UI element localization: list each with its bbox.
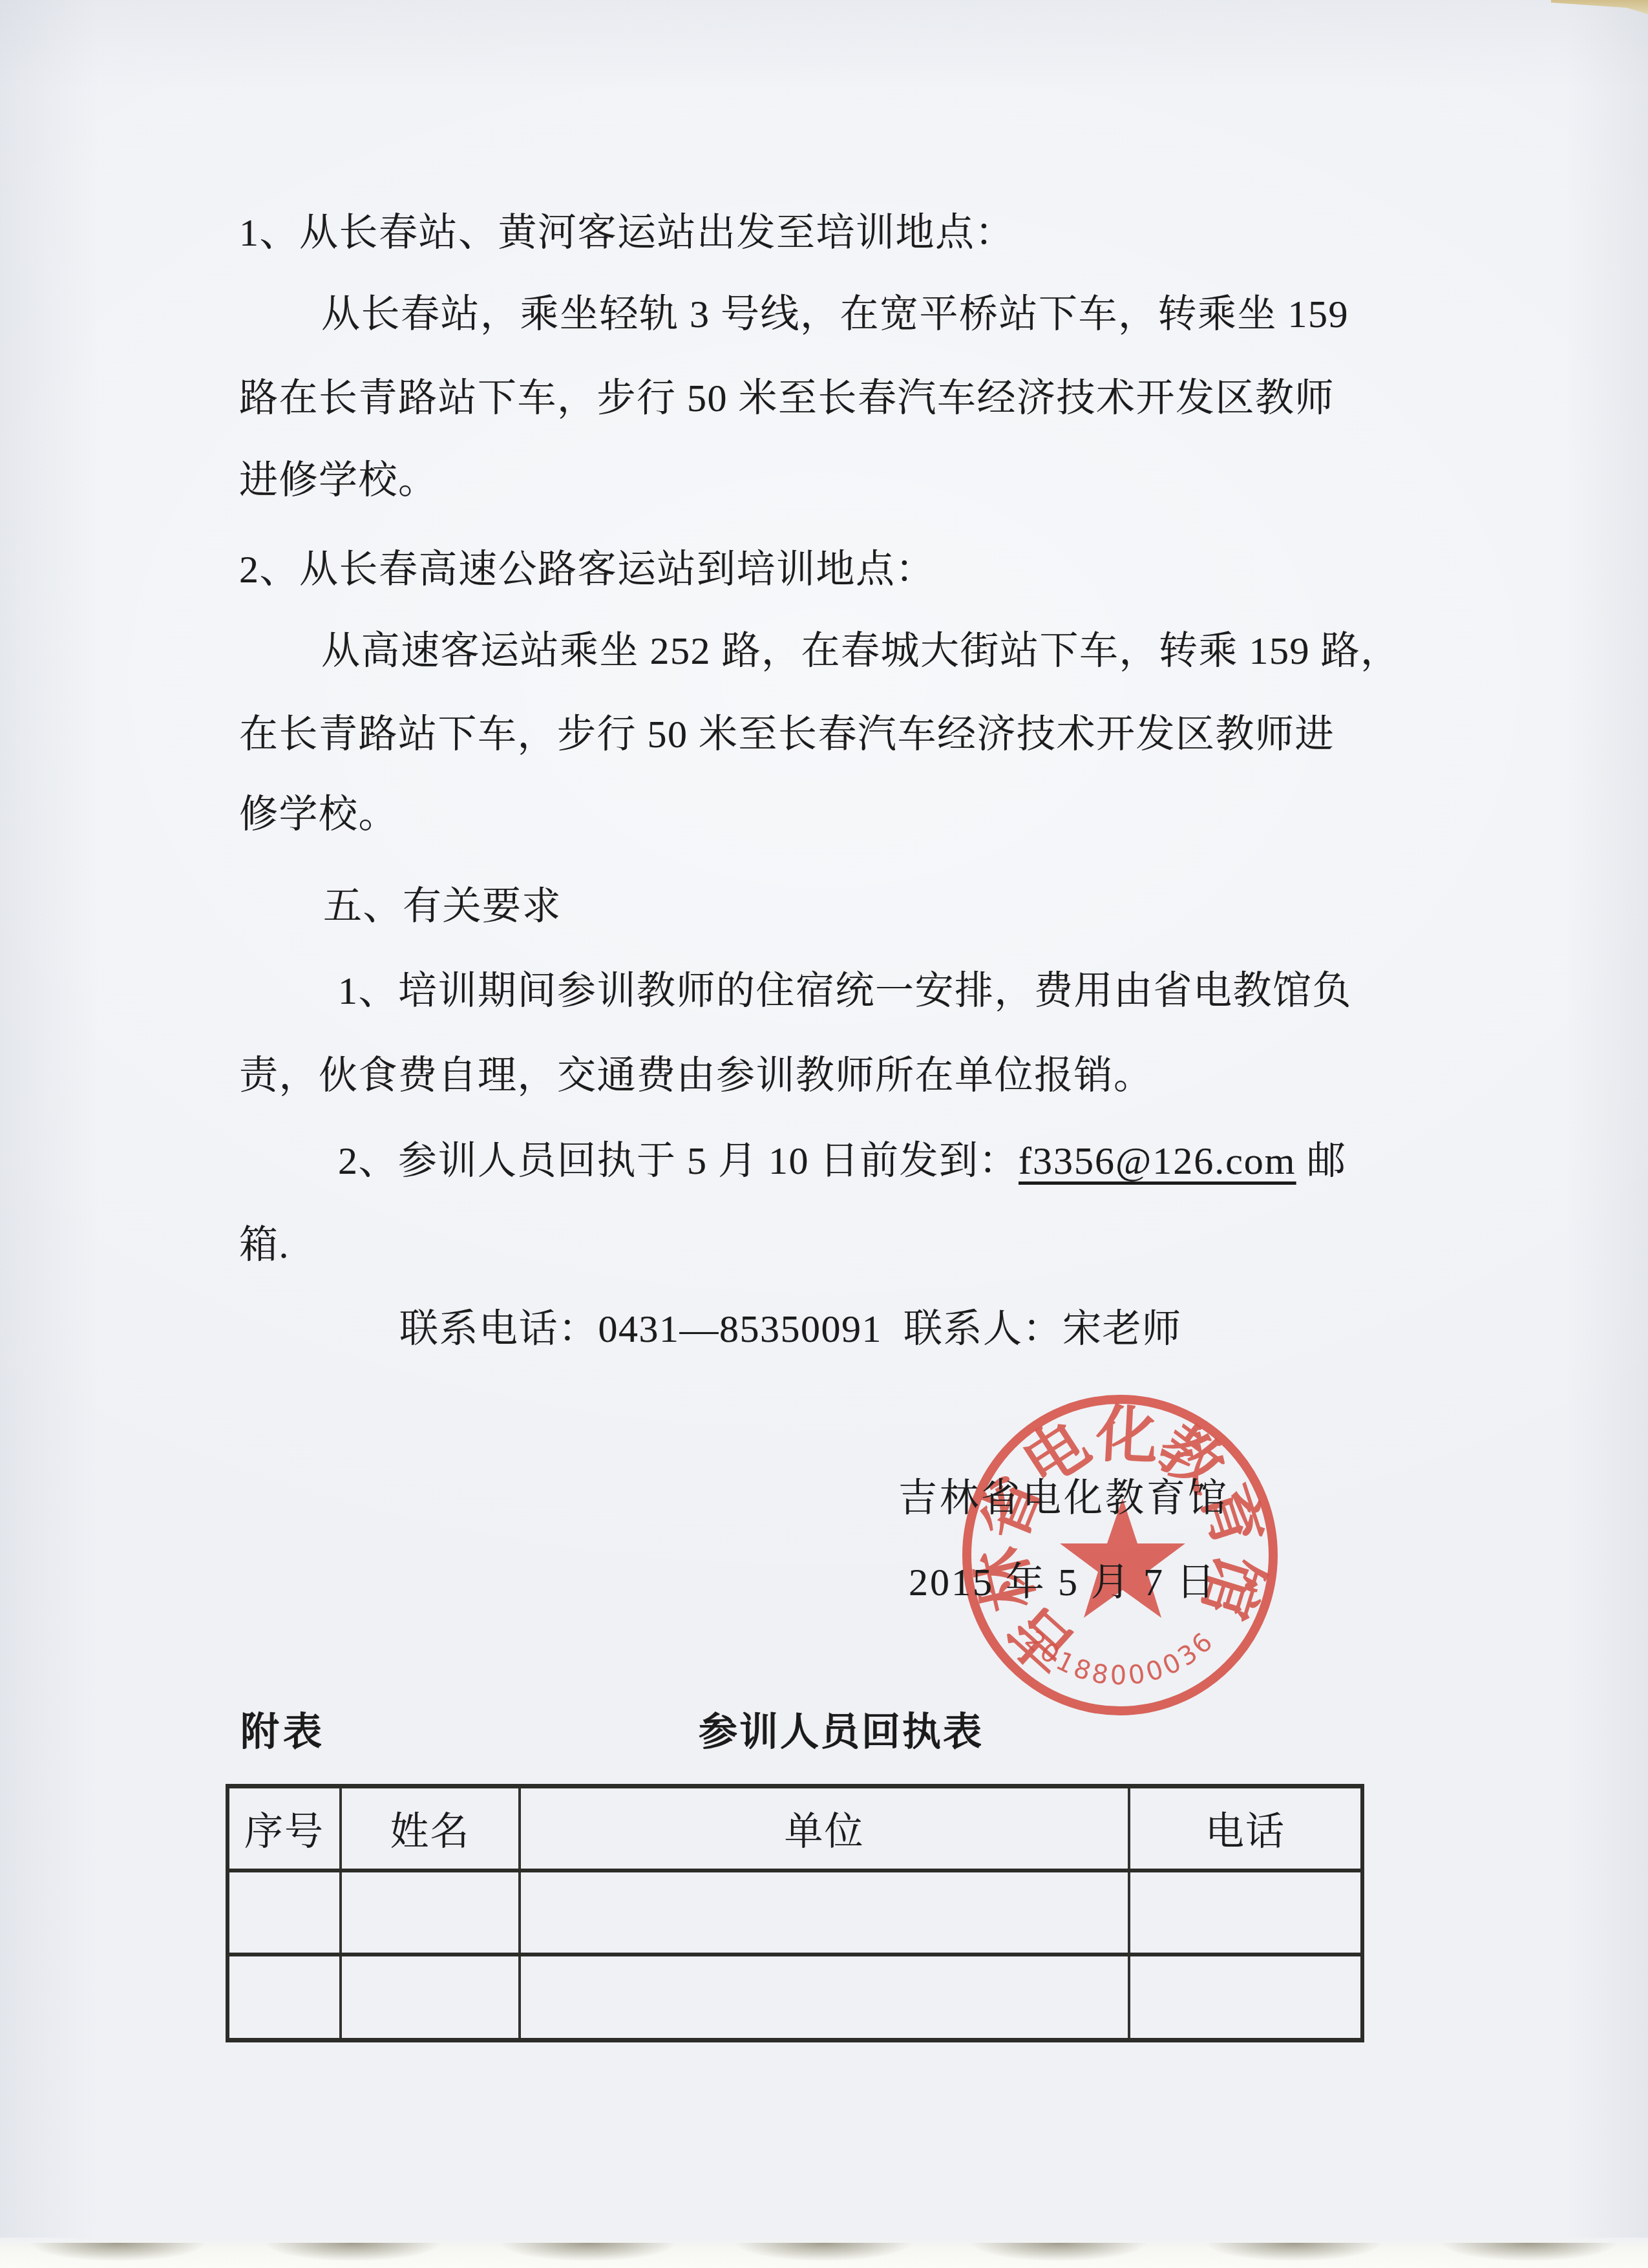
cell-name [341, 1871, 520, 1955]
signature-date: 2015 年 5 月 7 日 [909, 1563, 1217, 1602]
requirement2-wrap: 箱. [239, 1225, 290, 1264]
cell-phone [1129, 1955, 1362, 2040]
cell-phone [1129, 1871, 1362, 1955]
route1-line1: 从长春站，乘坐轻轨 3 号线，在宽平桥站下车，转乘坐 159 [321, 295, 1349, 334]
cell-unit [520, 1871, 1129, 1955]
header-cell-number: 序号 [227, 1786, 341, 1871]
cell-name [341, 1955, 520, 2040]
route1-heading: 1、从长春站、黄河客运站出发至培训地点： [239, 213, 1015, 252]
receipt-table-row [227, 1871, 1362, 1955]
requirement2-tail: 邮 [1296, 1139, 1347, 1182]
receipt-table: 序号 姓名 单位 电话 [226, 1784, 1364, 2042]
cell-number [227, 1871, 341, 1955]
route2-heading: 2、从长春高速公路客运站到培训地点： [239, 550, 935, 589]
header-cell-phone: 电话 [1129, 1786, 1362, 1871]
scan-corner-artifact [1551, 0, 1648, 14]
route1-line2: 路在长青路站下车，步行 50 米至长春汽车经济技术开发区教师 [239, 379, 1335, 418]
attachment-label: 附表 [240, 1713, 326, 1752]
requirement2-line1: 2、参训人员回执于 5 月 10 日前发到：f3356@126.com 邮 [338, 1141, 1347, 1180]
receipt-table-row [227, 1955, 1362, 2040]
header-cell-name: 姓名 [341, 1786, 520, 1871]
table-title: 参训人员回执表 [699, 1713, 984, 1752]
route2-line3: 修学校。 [239, 795, 398, 834]
route1-line3: 进修学校。 [239, 461, 438, 500]
paper-bottom-edge [0, 2238, 1648, 2268]
cell-number [227, 1955, 341, 2040]
header-cell-unit: 单位 [520, 1786, 1129, 1871]
reply-email-address: f3356@126.com [1019, 1139, 1296, 1182]
scanned-document-page: 1、从长春站、黄河客运站出发至培训地点： 从长春站，乘坐轻轨 3 号线，在宽平桥… [0, 0, 1648, 2268]
signature-org: 吉林省电化教育馆 [898, 1479, 1229, 1518]
section-heading: 五、有关要求 [323, 887, 562, 926]
cell-unit [520, 1955, 1129, 2040]
dust-specks [0, 0, 1, 1]
requirement1-line1: 1、培训期间参训教师的住宿统一安排，费用由省电教馆负 [338, 971, 1352, 1010]
route2-line1: 从高速客运站乘坐 252 路，在春城大街站下车，转乘 159 路， [321, 631, 1400, 670]
receipt-table-header-row: 序号 姓名 单位 电话 [227, 1786, 1362, 1871]
requirement2-text: 2、参训人员回执于 5 月 10 日前发到： [338, 1139, 1019, 1182]
contact-line: 联系电话：0431—85350091 联系人：宋老师 [399, 1309, 1182, 1348]
requirement1-line2: 责，伙食费自理，交通费由参训教师所在单位报销。 [239, 1056, 1154, 1095]
route2-line2: 在长青路站下车，步行 50 米至长春汽车经济技术开发区教师进 [239, 715, 1335, 754]
